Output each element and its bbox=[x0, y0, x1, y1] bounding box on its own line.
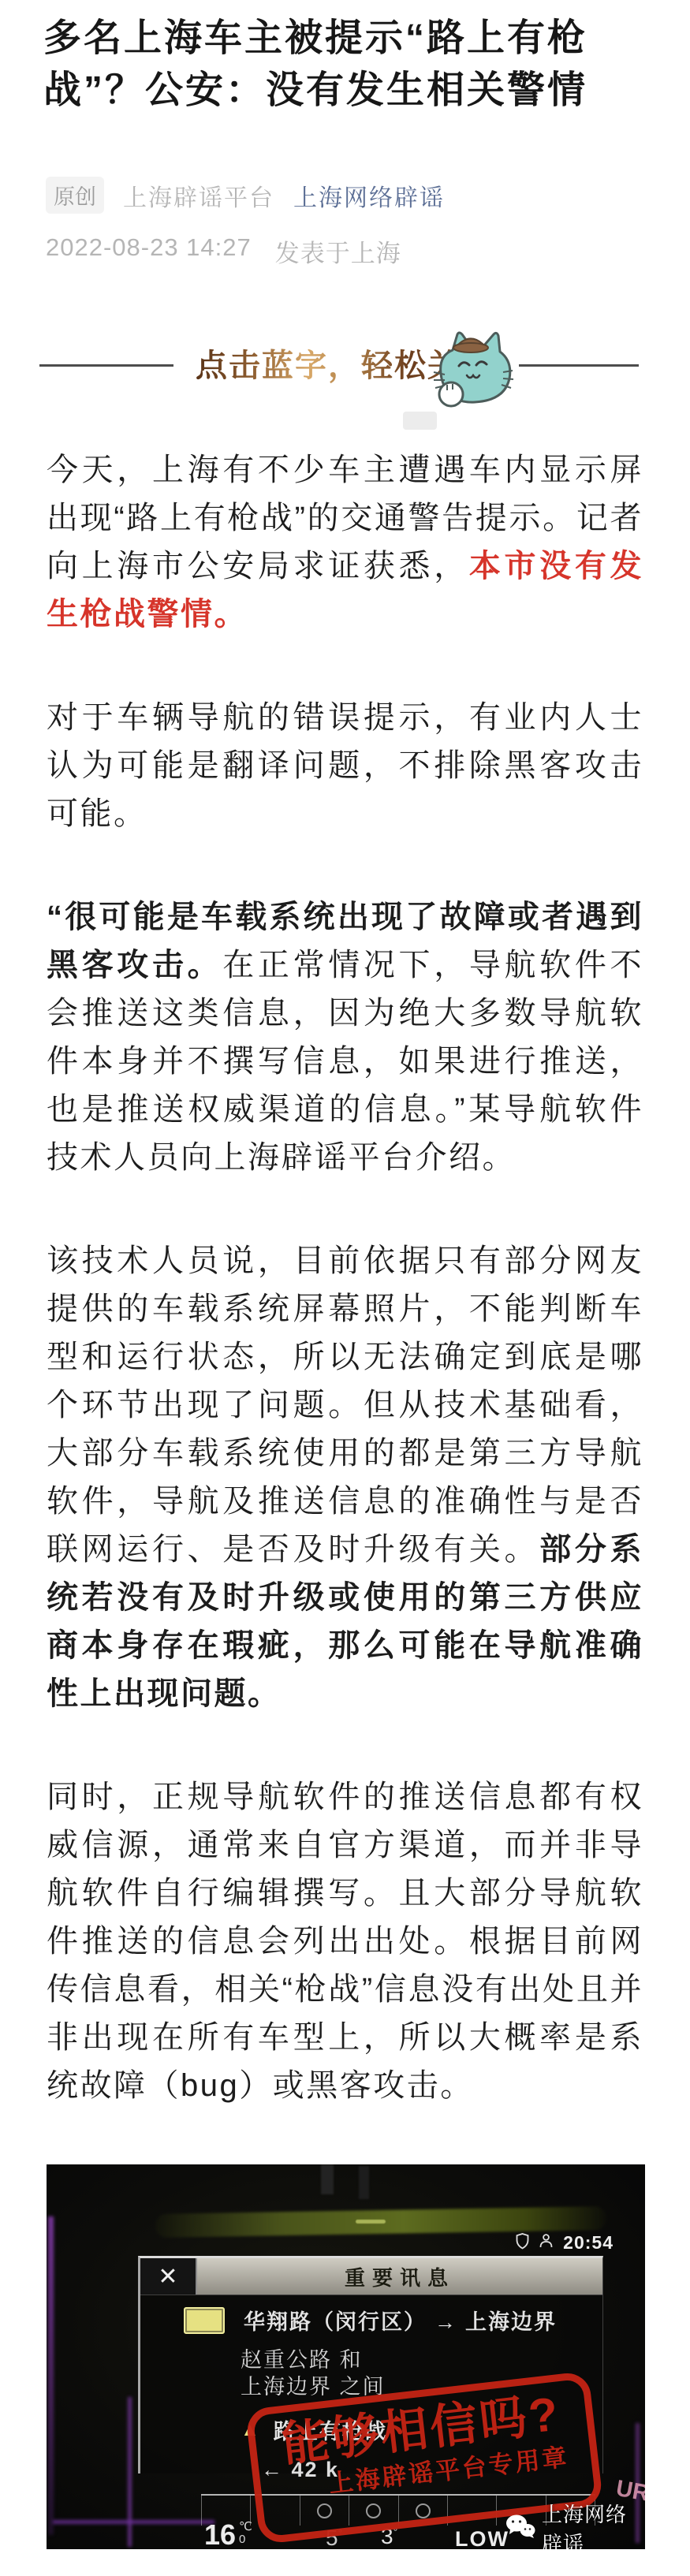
temp-decimal: 0 bbox=[239, 2533, 252, 2546]
screen-status-row: 20:54 bbox=[516, 2232, 614, 2254]
ambient-light-streak bbox=[53, 2520, 214, 2524]
body-text: 对于车辆导航的错误提示，有业内人士认为可能是翻译问题，不排除黑客攻击可能。 bbox=[47, 700, 643, 831]
banner-faded-blob bbox=[403, 412, 437, 430]
paragraph: 今天，上海有不少车主遭遇车内显示屏出现“路上有枪战”的交通警告提示。记者向上海市… bbox=[47, 446, 643, 639]
temperature-unit: ℃ 0 bbox=[239, 2521, 252, 2546]
shield-icon bbox=[516, 2233, 529, 2254]
screen-clock: 20:54 bbox=[563, 2232, 614, 2254]
route-from: 华翔路（闵行区） bbox=[244, 2310, 427, 2334]
publish-datetime: 2022-08-23 14:27 bbox=[46, 233, 252, 269]
watermark: 上海网络辟谣 bbox=[505, 2499, 645, 2549]
banner-right-rule bbox=[519, 364, 639, 367]
road-sign-icon bbox=[184, 2307, 225, 2334]
message-panel-header: ✕ 重要讯息 bbox=[140, 2258, 602, 2295]
wechat-icon bbox=[505, 2514, 535, 2543]
date-row: 2022-08-23 14:27 发表于上海 bbox=[46, 233, 401, 269]
car-dashboard-photo: 20:54 ✕ 重要讯息 华翔路（闵行区）→上海边界 赵重公路 和 上海边界 之… bbox=[47, 2164, 645, 2549]
temp-unit-symbol: ℃ bbox=[239, 2521, 252, 2533]
paragraph: 该技术人员说，目前依据只有部分网友提供的车载系统屏幕照片，不能判断车型和运行状态… bbox=[47, 1237, 643, 1718]
body-text: 该技术人员说，目前依据只有部分网友提供的车载系统屏幕照片，不能判断车型和运行状态… bbox=[47, 1243, 643, 1567]
temperature-readout: 16 ℃ 0 bbox=[204, 2521, 252, 2549]
publish-location: 发表于上海 bbox=[275, 233, 401, 269]
hanging-object bbox=[359, 2166, 369, 2199]
follow-banner[interactable]: 点击蓝字，轻松关注 bbox=[0, 323, 690, 442]
account-link[interactable]: 上海网络辟谣 bbox=[293, 178, 445, 213]
driver-profile-icon bbox=[539, 2233, 554, 2253]
ambient-light-streak bbox=[48, 2216, 54, 2535]
screen-top-highlight bbox=[356, 2220, 386, 2224]
meta-row: 原创 上海辟谣平台 上海网络辟谣 bbox=[46, 177, 445, 214]
low-label: LOW bbox=[455, 2527, 509, 2549]
article-title: 多名上海车主被提示“路上有枪战”？公安：没有发生相关警情 bbox=[43, 13, 649, 117]
message-panel-title: 重要讯息 bbox=[197, 2258, 602, 2295]
page: { "article": { "title": "多名上海车主被提示“路上有枪战… bbox=[0, 0, 690, 2576]
paragraph: 对于车辆导航的错误提示，有业内人士认为可能是翻译问题，不排除黑客攻击可能。 bbox=[47, 694, 643, 838]
between-line-1: 赵重公路 和 bbox=[241, 2347, 602, 2373]
temperature-value: 16 bbox=[204, 2521, 236, 2549]
banner-left-rule bbox=[39, 364, 173, 367]
original-badge: 原创 bbox=[46, 177, 104, 214]
paragraph: 同时，正规导航软件的推送信息都有权威信源，通常来自官方渠道，而并非导航软件自行编… bbox=[47, 1773, 643, 2110]
article-body: 今天，上海有不少车主遭遇车内显示屏出现“路上有枪战”的交通警告提示。记者向上海市… bbox=[47, 446, 643, 2165]
paragraph: “很可能是车载系统出现了故障或者遇到黑客攻击。在正常情况下，导航软件不会推送这类… bbox=[47, 893, 643, 1182]
watermark-text: 上海网络辟谣 bbox=[542, 2499, 645, 2549]
cat-mascot-icon bbox=[424, 326, 522, 425]
body-text: 同时，正规导航软件的推送信息都有权威信源，通常来自官方渠道，而并非导航软件自行编… bbox=[47, 1780, 643, 2103]
author-name: 上海辟谣平台 bbox=[123, 178, 274, 213]
ambient-light-streak bbox=[128, 2397, 132, 2547]
hanging-object bbox=[321, 2164, 334, 2194]
route-row: 华翔路（闵行区）→上海边界 bbox=[184, 2305, 602, 2336]
route-arrow-icon: → bbox=[435, 2310, 457, 2334]
route-to: 上海边界 bbox=[465, 2310, 557, 2334]
route-text: 华翔路（闵行区）→上海边界 bbox=[244, 2305, 557, 2336]
close-icon: ✕ bbox=[140, 2258, 197, 2295]
